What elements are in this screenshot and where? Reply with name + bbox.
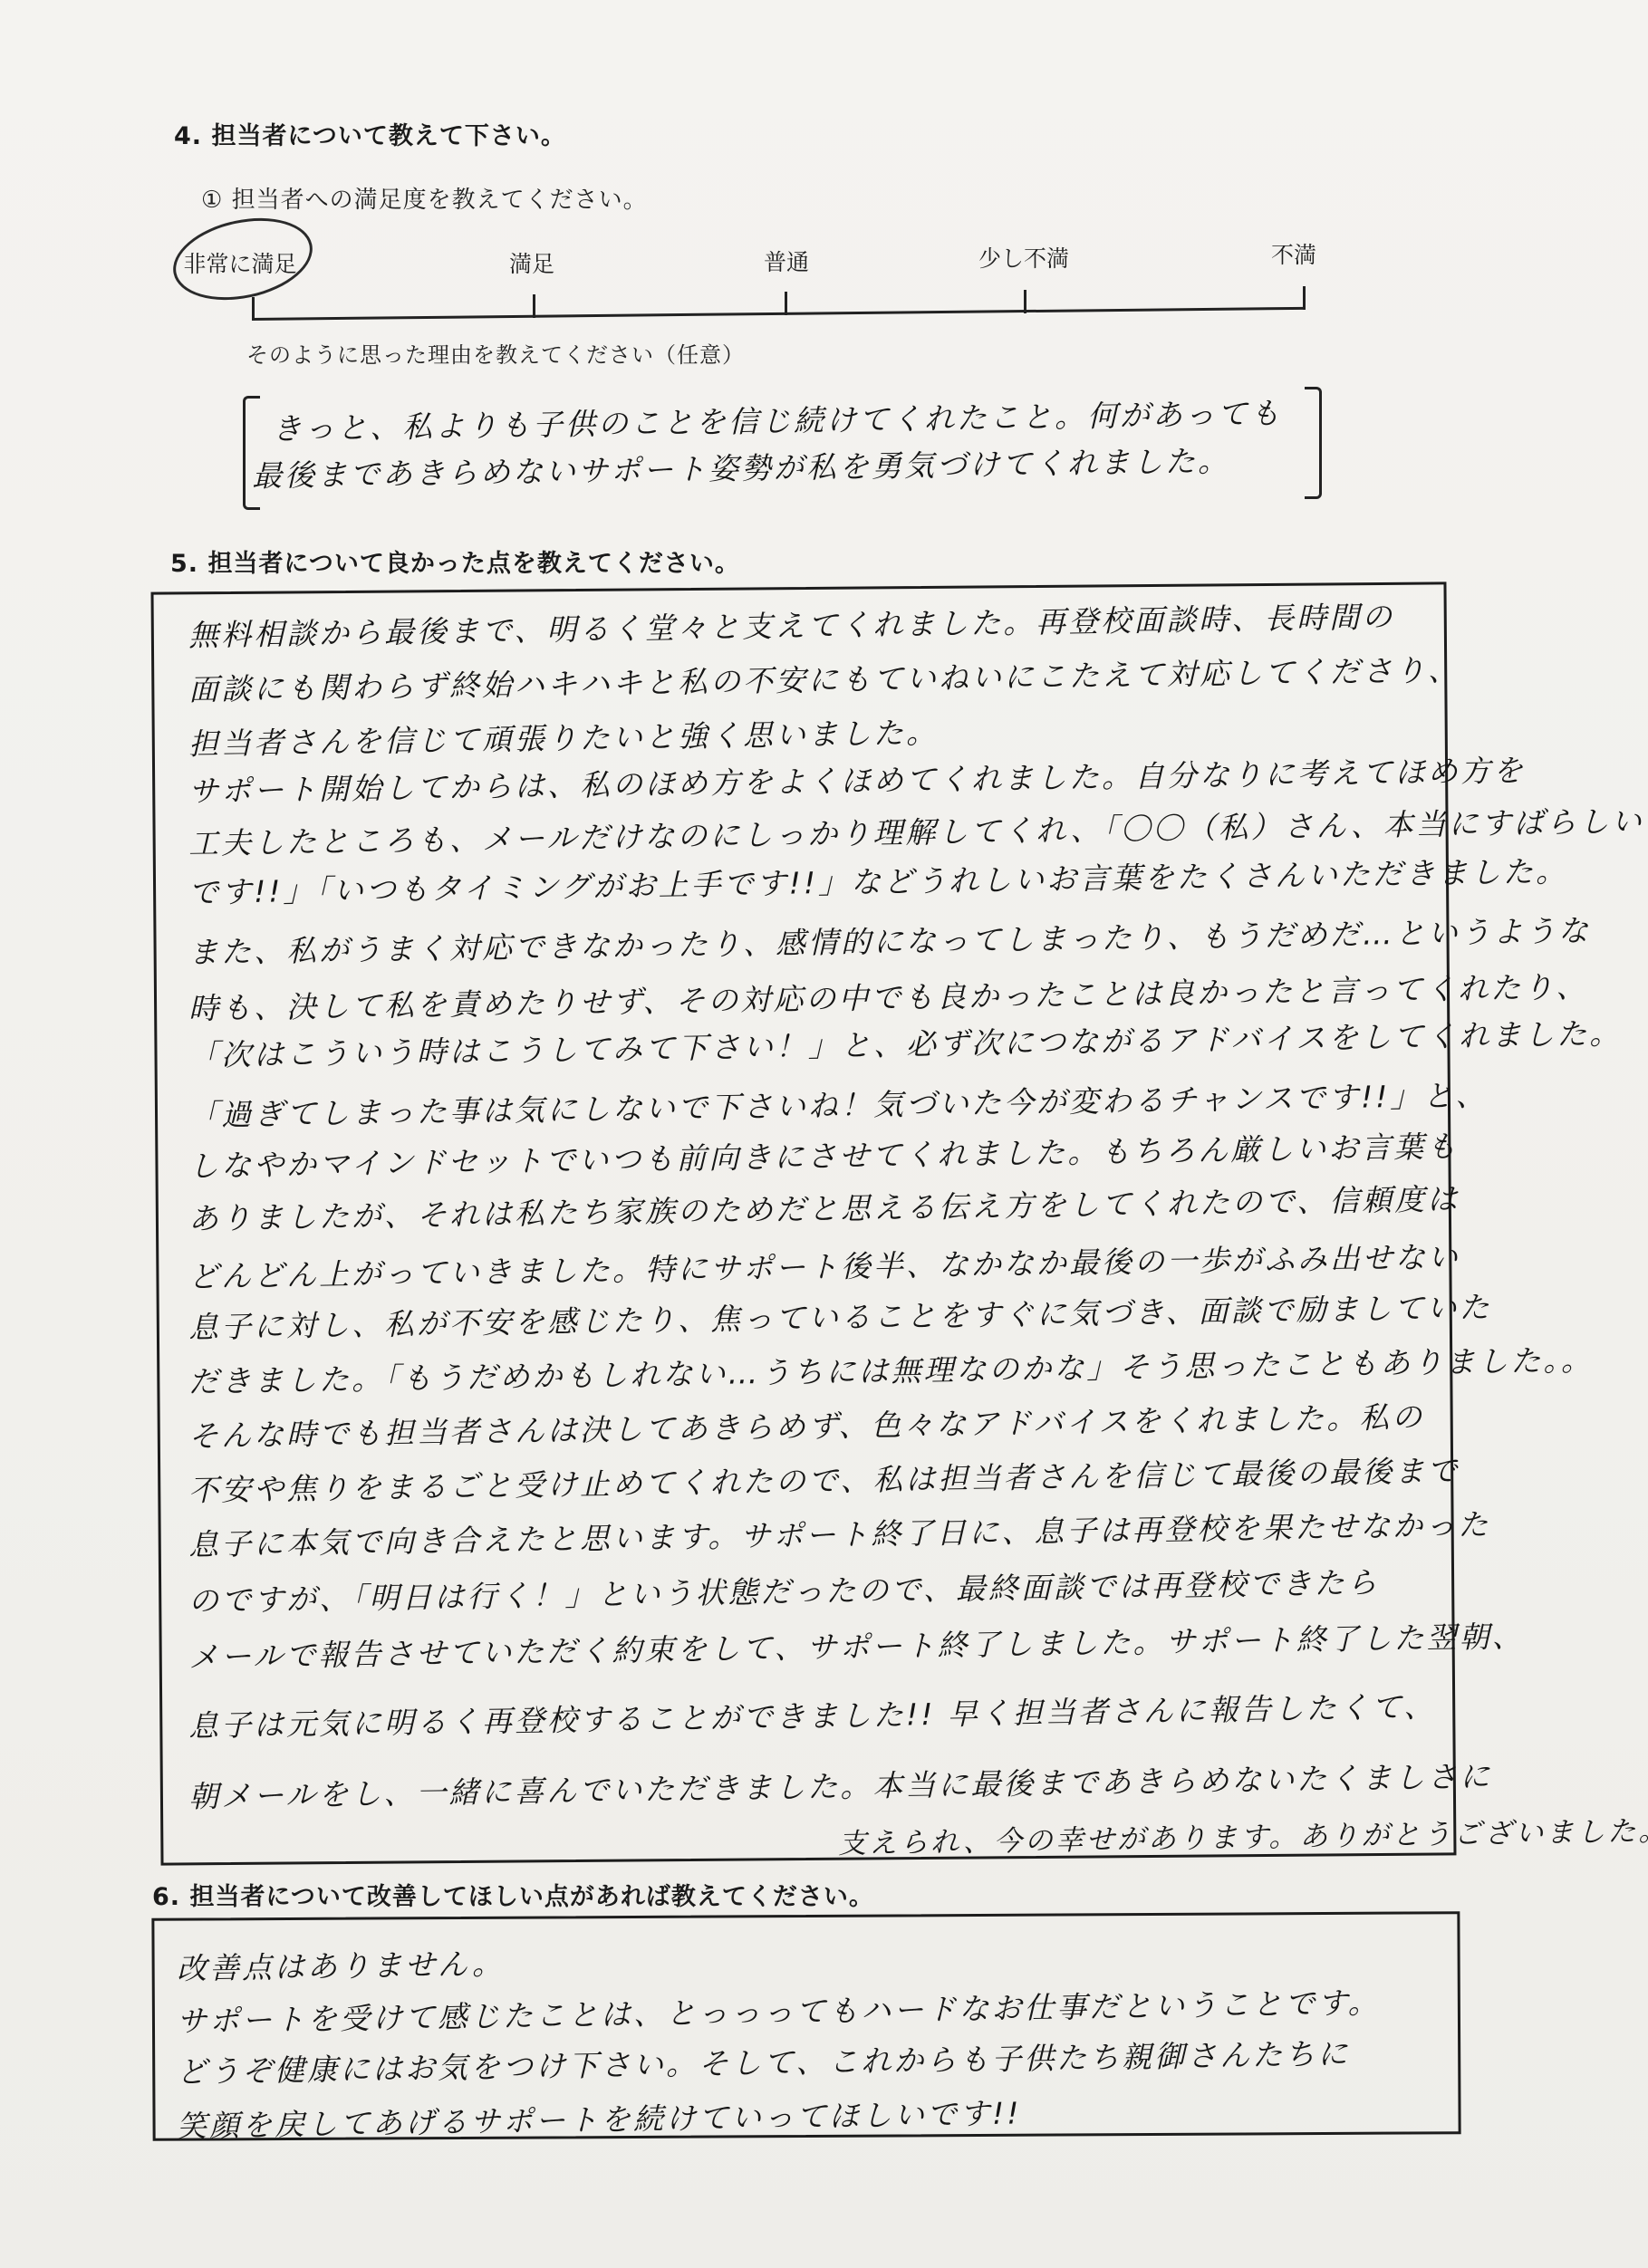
reason-label: そのように思った理由を教えてください（任意） bbox=[246, 337, 745, 369]
scale-tick bbox=[533, 294, 535, 318]
scale-tick bbox=[1303, 286, 1306, 310]
question-4-1-label: ① 担当者への満足度を教えてください。 bbox=[201, 181, 648, 215]
scale-tick bbox=[252, 297, 255, 321]
answer-line: 改善点はありません。 bbox=[177, 1940, 506, 1988]
scale-option-neutral[interactable]: 普通 bbox=[764, 245, 809, 277]
scale-option-dissatisfied[interactable]: 不満 bbox=[1271, 237, 1316, 270]
scale-option-slightly-dissatisfied[interactable]: 少し不満 bbox=[978, 241, 1069, 274]
scale-option-satisfied[interactable]: 満足 bbox=[509, 246, 554, 279]
selected-option-circle bbox=[166, 207, 320, 312]
question-5-heading: 5. 担当者について良かった点を教えてください。 bbox=[170, 543, 740, 579]
scale-tick bbox=[785, 292, 787, 315]
survey-page: 4. 担当者について教えて下さい。 ① 担当者への満足度を教えてください。 非常… bbox=[0, 0, 1648, 2268]
reason-bracket-right bbox=[1305, 387, 1322, 499]
scale-axis-line bbox=[252, 307, 1305, 321]
question-6-heading: 6. 担当者について改善してほしい点があれば教えてください。 bbox=[152, 1877, 874, 1912]
scale-tick bbox=[1024, 290, 1026, 313]
question-4-heading: 4. 担当者について教えて下さい。 bbox=[174, 116, 566, 151]
